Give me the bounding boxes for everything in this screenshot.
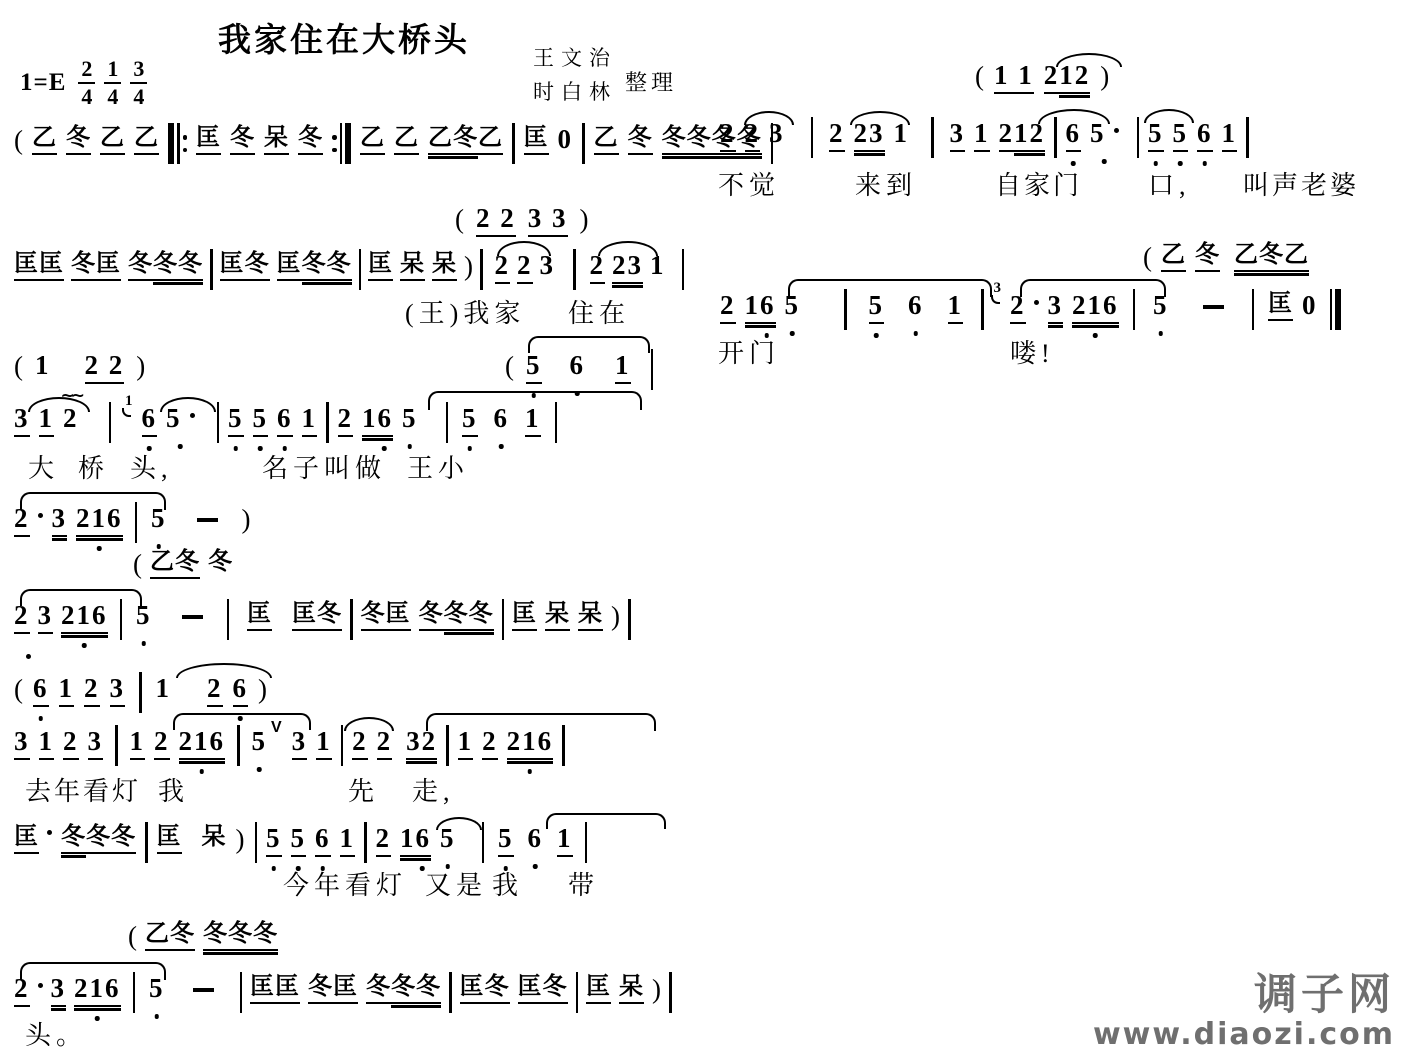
note-token: 2: [338, 405, 354, 437]
note-token: 1: [615, 352, 631, 384]
dash-note: [197, 518, 218, 522]
bar-line: [682, 249, 685, 290]
octave-dot: [914, 331, 919, 336]
token-text: 1: [302, 405, 318, 437]
bar-line: [210, 249, 213, 290]
percussion-token: 冬冬: [444, 602, 494, 631]
note-token: 2: [517, 252, 533, 284]
lyric-text: 头。: [25, 1022, 87, 1051]
percussion-token: 匡: [524, 126, 549, 155]
note-token: 2: [720, 292, 736, 324]
time-signature: 24: [78, 58, 95, 108]
token-text: 5: [253, 405, 269, 437]
token-text: 冬冬: [391, 975, 441, 1004]
percussion-token: 匡冬: [518, 975, 568, 1004]
percussion-token: 匡: [157, 825, 182, 854]
octave-dot: [155, 1014, 160, 1019]
octave-dot: [468, 446, 473, 451]
lyric-text: 不觉: [718, 172, 780, 201]
percussion-token: 匡: [196, 126, 221, 155]
token-text: 匡匡: [14, 252, 64, 281]
token-text: 3: [950, 120, 966, 152]
lyric-text: 先: [348, 778, 379, 807]
token-text: 匡: [247, 602, 272, 631]
token-text: 16: [745, 292, 776, 324]
lyric-text: 头,: [130, 455, 173, 484]
bar-line: [811, 117, 814, 158]
repeat-dots: [183, 123, 188, 164]
octave-dot: [1159, 331, 1164, 336]
token-text: 冬冬: [86, 825, 136, 854]
token-text: 乙: [478, 126, 503, 155]
token-text: 16: [400, 825, 431, 857]
token-text: 乙: [594, 126, 619, 155]
key-label: 1=E: [20, 69, 66, 97]
note-token: 5: [498, 825, 514, 857]
token-text: 冬匡: [308, 975, 358, 1004]
token-text: 乙: [134, 126, 159, 155]
meter-denominator: 4: [107, 84, 118, 108]
token-text: 5: [228, 405, 244, 437]
note-token: 1: [156, 675, 172, 705]
percussion-token: 冬冬: [86, 825, 136, 854]
note-token: 2: [720, 120, 736, 152]
octave-dot: [296, 866, 301, 871]
bar-line: [255, 822, 258, 863]
token-text: 1: [156, 675, 172, 705]
note-token: 16: [745, 292, 776, 324]
percussion-token: 呆: [264, 126, 289, 155]
percussion-token: 匡匡: [250, 975, 300, 1004]
bar-line: [145, 822, 148, 863]
note-token: 2: [154, 728, 170, 760]
octave-dot: [499, 444, 504, 449]
parenthesis: (: [455, 205, 464, 235]
token-text: 2: [63, 728, 79, 760]
percussion-token: 乙: [32, 126, 57, 155]
token-text: 乙: [32, 126, 57, 155]
token-text: 2: [720, 292, 736, 324]
token-text: 冬: [1195, 243, 1220, 272]
note-token: 1: [316, 728, 332, 760]
arranger-role: 整理: [625, 66, 677, 97]
barline-stroke: [1330, 289, 1333, 330]
octave-dot: [1203, 161, 1208, 166]
percussion-token: 乙冬乙: [1234, 243, 1309, 272]
slur-arc: [173, 713, 311, 730]
note-token: 23: [612, 252, 643, 284]
note-token: 216: [179, 728, 226, 760]
augmentation-dot: [190, 413, 195, 418]
octave-dot: [257, 767, 262, 772]
token-text: 呆: [545, 602, 570, 631]
token-text: 5: [1148, 120, 1164, 152]
slur-arc: [528, 336, 650, 353]
octave-dot: [790, 331, 795, 336]
token-text: 匡: [512, 602, 537, 631]
score-line: (1 1212): [975, 62, 1119, 112]
time-signature: 14: [104, 58, 121, 108]
dot: [183, 148, 188, 153]
augmentation-dot: [38, 513, 43, 518]
barline-stroke: [1335, 289, 1341, 330]
note-token: 216: [61, 602, 108, 634]
token-text: 呆: [578, 602, 603, 631]
augmentation-dot: [1114, 128, 1119, 133]
token-text: 2: [207, 675, 223, 707]
bar-line: [628, 599, 631, 640]
token-text: 5: [1173, 120, 1189, 152]
token-text: 呆: [619, 975, 644, 1004]
token-text: 冬: [298, 126, 323, 155]
octave-dot: [258, 446, 263, 451]
arranger-block: 王文治 时白林 整理: [533, 42, 677, 106]
barline-stroke: [340, 123, 343, 164]
token-text: 1: [130, 728, 146, 760]
percussion-token: 呆: [202, 825, 227, 852]
octave-dot: [82, 643, 87, 648]
octave-dot: [147, 446, 152, 451]
token-text: 匡匡: [250, 975, 300, 1004]
note-token: 1: [130, 728, 146, 760]
octave-dot: [874, 333, 879, 338]
bar-line: [350, 599, 353, 640]
token-text: 1: [615, 352, 631, 384]
bar-line: [227, 599, 230, 640]
note-token: 2: [495, 252, 511, 284]
token-text: 1 1: [994, 62, 1034, 94]
note-token: 6: [33, 675, 49, 707]
token-text: 呆: [432, 252, 457, 281]
octave-dot: [1102, 159, 1107, 164]
lyric-text: 自家门: [995, 172, 1082, 201]
token-text: 216: [507, 728, 554, 760]
token-text: 32: [406, 728, 437, 760]
note-token: 0: [1302, 292, 1318, 322]
token-text: 冬: [61, 825, 86, 854]
token-text: 冬冬: [444, 602, 494, 631]
note-token: 6: [528, 825, 544, 855]
token-text: 6: [33, 675, 49, 707]
bar-line: [237, 725, 240, 766]
bar-line: [449, 972, 452, 1013]
note-token: 3: [292, 728, 308, 760]
percussion-token: 乙: [360, 126, 385, 155]
dash-note: [182, 615, 203, 619]
note-token: 1: [340, 825, 356, 857]
token-text: 1: [39, 728, 55, 760]
note-token: 12: [1014, 120, 1045, 152]
parenthesis: ): [242, 505, 251, 535]
score-line: 312~~16555612165561: [14, 405, 566, 455]
token-text: 2: [590, 252, 606, 284]
percussion-token: 匡冬: [292, 602, 342, 631]
score-line: 匡匡冬匡冬冬冬匡冬匡冬冬匡呆呆)2232231: [14, 252, 691, 302]
token-text: 匡: [368, 252, 393, 281]
token-text: 冬: [628, 126, 653, 155]
slur-arc: [850, 111, 910, 125]
bar-line: [139, 672, 142, 713]
note-token: 1: [35, 352, 51, 382]
token-text: 2 2: [476, 205, 516, 237]
lyric-text: 名子叫做: [262, 455, 386, 484]
percussion-token: 匡冬: [460, 975, 510, 1004]
percussion-token: 冬冬冬: [203, 922, 278, 951]
note-token: 1: [650, 252, 666, 282]
score-line: 232165匡匡冬冬匡冬冬冬匡呆呆): [14, 602, 639, 652]
octave-dot: [408, 444, 413, 449]
octave-dot: [528, 769, 533, 774]
token-text: 1: [59, 675, 75, 707]
note-token: 3: [38, 602, 54, 634]
repeat-dots: [332, 123, 337, 164]
octave-dot: [39, 716, 44, 721]
token-text: 乙冬: [145, 922, 195, 951]
bar-line: [480, 249, 483, 290]
slur-arc: [176, 663, 272, 678]
octave-dot: [533, 864, 538, 869]
token-text: 乙冬: [428, 126, 478, 155]
note-token: 1: [1222, 120, 1238, 152]
lyric-text: (王)我家: [405, 300, 525, 329]
bar-line: [341, 725, 344, 766]
meter-denominator: 4: [81, 84, 92, 108]
token-text: 呆: [264, 126, 289, 155]
note-token: 6: [277, 405, 293, 437]
lyric-text: 开门: [718, 340, 780, 369]
lyric-text: 桥: [78, 455, 109, 484]
slur-arc: [788, 279, 992, 297]
parenthesis: ): [580, 205, 589, 235]
note-token: 2: [207, 675, 223, 707]
percussion-token: 乙: [478, 126, 503, 155]
octave-dot: [142, 641, 147, 646]
bar-line: [115, 725, 118, 766]
bar-line: [240, 972, 243, 1013]
token-text: 2: [338, 405, 354, 437]
note-token: 5: [266, 825, 282, 857]
note-token: 1: [59, 675, 75, 707]
bar-line: [931, 117, 934, 158]
octave-dot: [504, 866, 509, 871]
meter-numerator: 1: [104, 58, 121, 84]
lyric-text: 大: [28, 455, 59, 484]
lyric-text: 口,: [1148, 172, 1191, 201]
note-token: 6: [1066, 120, 1082, 152]
stray-dot: [26, 654, 31, 659]
token-text: 5: [1090, 120, 1106, 150]
note-token: 2: [482, 728, 498, 760]
token-text: 冬冬冬: [203, 922, 278, 951]
octave-dot: [1071, 161, 1076, 166]
token-text: 匡冬: [292, 602, 342, 631]
token-text: 匡: [586, 975, 611, 1004]
percussion-token: 冬冬: [302, 252, 352, 281]
barline-stroke: [168, 123, 174, 164]
note-token: 5: [228, 405, 244, 437]
token-text: 呆: [400, 252, 425, 281]
octave-dot: [283, 446, 288, 451]
score-line: 223223131212655561: [720, 120, 1258, 170]
token-text: 匡: [277, 252, 302, 281]
note-token: 2: [590, 252, 606, 284]
token-text: 6: [315, 825, 331, 857]
percussion-token: 匡: [512, 602, 537, 631]
note-token: 2: [84, 675, 100, 707]
note-token: 5: [1090, 120, 1119, 150]
lyric-text: 带: [568, 872, 599, 901]
lyric-text: 住在: [568, 300, 630, 329]
token-text: 6: [1066, 120, 1082, 152]
dot: [183, 135, 188, 140]
bar-line: [669, 972, 672, 1013]
lyric-text: 我: [492, 872, 523, 901]
note-token: 2: [352, 728, 368, 760]
token-text: 乙: [100, 126, 125, 155]
note-token: 6: [315, 825, 331, 857]
token-text: 3: [14, 728, 30, 760]
octave-dot: [234, 446, 239, 451]
arranger-names: 王文治 时白林: [533, 42, 617, 106]
parenthesis: (: [14, 675, 23, 705]
percussion-token: 呆: [578, 602, 603, 631]
token-text: 1: [316, 728, 332, 760]
grace-digit: 1: [125, 393, 133, 409]
lyric-text: 去年看灯: [25, 778, 141, 807]
bar-line: [217, 402, 220, 443]
token-text: 6: [1197, 120, 1213, 152]
note-token: 5: [252, 728, 268, 758]
slur-arc: [744, 111, 794, 125]
note-token: 1: [557, 825, 573, 857]
score-line: (12 2): [14, 352, 157, 402]
slur-arc: [428, 391, 642, 410]
token-text: 3: [540, 252, 556, 282]
token-text: 12: [1014, 120, 1045, 152]
token-text: 冬匡: [71, 252, 121, 281]
note-token: 32: [406, 728, 437, 760]
slur-arc: [344, 717, 394, 731]
note-token: 2: [999, 120, 1015, 152]
token-text: 2: [495, 252, 511, 284]
percussion-token: 冬: [66, 126, 91, 155]
token-text: 冬冬: [302, 252, 352, 281]
token-text: 5: [266, 825, 282, 857]
slur-arc: [1056, 53, 1122, 67]
note-token: 1: [458, 728, 474, 760]
note-token: 5: [136, 602, 152, 632]
percussion-token: 乙: [1161, 243, 1186, 272]
token-text: 2: [352, 728, 368, 760]
slur-arc: [436, 817, 482, 830]
note-token: 2: [377, 728, 393, 760]
bar-line: [359, 249, 362, 290]
note-token: 3: [950, 120, 966, 152]
note-token: 1 1: [994, 62, 1034, 94]
percussion-token: 乙冬: [145, 922, 195, 951]
augmentation-dot: [1034, 300, 1039, 305]
percussion-token: 冬冬: [391, 975, 441, 1004]
token-text: 匡: [14, 825, 39, 854]
token-text: 0: [558, 126, 574, 156]
token-text: 匡: [1268, 292, 1293, 321]
octave-dot: [157, 544, 162, 549]
grace-note: 3: [994, 279, 1002, 297]
note-token: 0: [558, 126, 574, 156]
token-text: 乙冬: [150, 550, 200, 579]
parenthesis: ): [136, 352, 145, 382]
watermark-site-name: 调子网: [1093, 973, 1395, 1018]
token-text: 5: [526, 352, 542, 384]
percussion-token: 呆: [432, 252, 457, 281]
percussion-token: 冬: [128, 252, 153, 281]
octave-dot: [321, 866, 326, 871]
grace-note: 1: [125, 392, 133, 410]
parenthesis: (: [975, 62, 984, 92]
note-token: 2 2: [476, 205, 516, 237]
slur-arc: [546, 813, 666, 829]
note-token: 2: [376, 825, 392, 857]
score-line: (乙冬乙冬乙: [1143, 243, 1318, 293]
token-text: 匡: [524, 126, 549, 155]
slur-arc: [426, 713, 656, 731]
barline-stroke: [177, 123, 180, 164]
note-token: 3: [110, 675, 126, 707]
parenthesis: (: [505, 352, 514, 382]
repeat-close: [332, 123, 351, 164]
percussion-token: 冬: [230, 126, 255, 155]
parenthesis: (: [1143, 243, 1152, 273]
barline-stroke: [345, 123, 351, 164]
note-token: 2: [63, 728, 79, 760]
octave-dot: [200, 769, 205, 774]
parenthesis: ): [236, 825, 245, 855]
repeat-open: [168, 123, 187, 164]
percussion-token: 冬: [366, 975, 391, 1004]
octave-dot: [95, 1016, 100, 1021]
slur-arc: [1020, 279, 1166, 297]
token-text: 冬: [366, 975, 391, 1004]
percussion-token: 匡: [14, 825, 52, 854]
score-line: 21655613232165匡0: [720, 292, 1350, 342]
percussion-token: 冬: [208, 550, 233, 577]
bar-line: [1246, 117, 1249, 158]
meter-denominator: 4: [133, 84, 144, 108]
key-signature: 1=E 241434: [20, 58, 156, 108]
note-token: 1: [974, 120, 990, 152]
percussion-token: 匡: [1268, 292, 1293, 321]
score-line: 232165): [14, 505, 260, 555]
percussion-token: 乙: [394, 126, 419, 155]
octave-dot: [382, 446, 387, 451]
parenthesis: ): [611, 602, 620, 632]
token-text: 1: [458, 728, 474, 760]
token-text: 1: [557, 825, 573, 857]
token-text: 6: [142, 405, 158, 437]
parenthesis: ): [464, 252, 473, 282]
token-text: 6: [528, 825, 544, 855]
token-text: 冬匡: [361, 602, 411, 631]
token-text: 匡冬: [460, 975, 510, 1004]
score-line: 232165匡匡冬匡冬冬冬匡冬匡冬匡呆): [14, 975, 680, 1025]
note-token: 3: [88, 728, 104, 760]
token-text: 23: [612, 252, 643, 284]
lyric-text: 今年看灯: [283, 872, 407, 901]
percussion-token: 冬: [61, 825, 86, 854]
token-text: 3: [88, 728, 104, 760]
note-token: 16: [362, 405, 393, 437]
bar-line: [1137, 117, 1140, 158]
